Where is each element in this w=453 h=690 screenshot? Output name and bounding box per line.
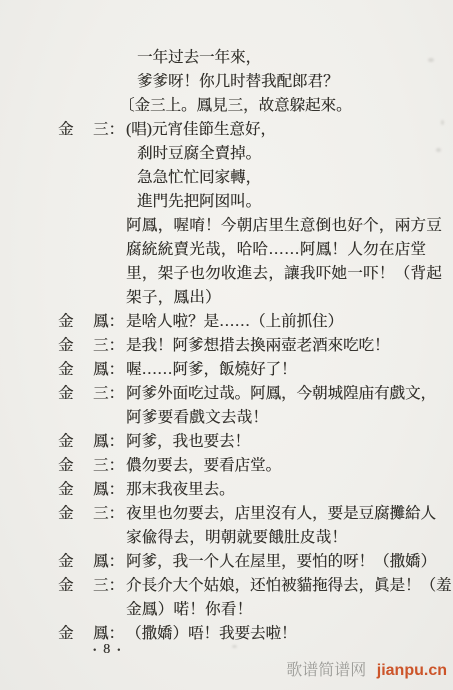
scan-artifact (441, 120, 444, 125)
script-line: 金鳳： （撒嬌）唔！我要去啦！ (0, 622, 453, 646)
script-line: 金三： 夜里也勿要去，店里沒有人，要是豆腐攤給人 (0, 502, 453, 526)
watermark: 歌谱简谱网 jianpu.cn (286, 660, 447, 682)
speaker-name: 金鳳： (58, 310, 124, 334)
dialogue-text: 架子，鳳出） (126, 289, 221, 306)
script-line: 家偸得去，明朝就要餓肚皮哉！ (0, 526, 453, 550)
speaker-name: 金三： (58, 502, 124, 526)
dialogue-text: 是我！阿爹想措去換兩壺老酒來吃吃！ (126, 337, 390, 354)
stage-text: 〔金三上。鳳見三，故意躱起來。 (119, 97, 352, 114)
dialogue-text: 介長介大个姑娘，还怕被貓拖得去，眞是！（羞 (126, 577, 452, 594)
script-text-block: 一年过去一年來， 爹爹呀！你几时替我配郎君？ 〔金三上。鳳見三，故意躱起來。 金… (0, 46, 453, 646)
scan-artifact (300, 248, 304, 251)
scanned-script-page: 一年过去一年來， 爹爹呀！你几时替我配郎君？ 〔金三上。鳳見三，故意躱起來。 金… (0, 0, 453, 690)
page-number-left-dot: • (93, 640, 96, 660)
speaker-name: 金三： (58, 334, 124, 358)
dialogue-text: 阿爹要看戲文去哉！ (126, 409, 268, 426)
speaker-name: 金三： (58, 454, 124, 478)
speaker-name: 金鳳： (58, 358, 124, 382)
script-line: 金三： 阿爹外面吃过哉。阿鳳，今朝城隍庙有戲文， (0, 382, 453, 406)
script-line: 金鳳）喏！你看！ (0, 598, 453, 622)
script-line: 金三： 介長介大个姑娘，还怕被貓拖得去，眞是！（羞 (0, 574, 453, 598)
script-line: 刹时豆腐全賣掉。 (0, 142, 453, 166)
scan-artifact (232, 645, 237, 648)
verse-text: 急急忙忙囘家轉， (137, 169, 261, 186)
site-url: jianpu.cn (377, 662, 447, 679)
dialogue-text: 阿爹，我一个人在屋里，要怕的呀！（撒嬌） (126, 553, 436, 570)
script-line: 金鳳： 喔……阿爹，飯燒好了！ (0, 358, 453, 382)
script-line: 金鳳： 阿爹，我一个人在屋里，要怕的呀！（撒嬌） (0, 550, 453, 574)
script-line: 里，架子也勿收進去，讓我吓她一吓！（背起 (0, 262, 453, 286)
script-line: 一年过去一年來， (0, 46, 453, 70)
dialogue-text: 那末我夜里去。 (126, 481, 235, 498)
speaker-name: 金鳳： (58, 478, 124, 502)
page-number-right-dot: • (117, 640, 120, 660)
script-line: 架子，鳳出） (0, 286, 453, 310)
script-line: 金三： 是我！阿爹想措去換兩壺老酒來吃吃！ (0, 334, 453, 358)
verse-text: 刹时豆腐全賣掉。 (137, 145, 261, 162)
dialogue-text: 阿鳳，喔唷！今朝店里生意倒也好个，兩方豆 (126, 217, 442, 234)
verse-text: 進門先把阿囡叫。 (137, 193, 261, 210)
dialogue-text: 里，架子也勿收進去，讓我吓她一吓！（背起 (126, 265, 442, 282)
dialogue-text: 阿爹外面吃过哉。阿鳳，今朝城隍庙有戲文， (126, 385, 436, 402)
script-line: 急急忙忙囘家轉， (0, 166, 453, 190)
dialogue-text: 儂勿要去，要看店堂。 (126, 457, 281, 474)
speaker-name: 金三： (58, 118, 124, 142)
dialogue-text: 腐統統賣光哉，哈哈……阿鳳！人勿在店堂 (126, 241, 426, 258)
speaker-name: 金鳳： (58, 430, 124, 454)
script-line: 金鳳： 那末我夜里去。 (0, 478, 453, 502)
dialogue-text: 家偸得去，明朝就要餓肚皮哉！ (126, 529, 347, 546)
stage-direction: 〔金三上。鳳見三，故意躱起來。 (0, 94, 453, 118)
verse-text: 爹爹呀！你几时替我配郎君？ (137, 73, 339, 90)
script-line: 進門先把阿囡叫。 (0, 190, 453, 214)
dialogue-text: 阿爹，我也要去！ (126, 433, 250, 450)
dialogue-text: 金鳳）喏！你看！ (126, 601, 252, 618)
dialogue-text: 夜里也勿要去，店里沒有人，要是豆腐攤給人 (126, 505, 436, 522)
page-number-value: 8 (103, 640, 110, 660)
script-line: 爹爹呀！你几时替我配郎君？ (0, 70, 453, 94)
verse-text: 一年过去一年來， (137, 49, 261, 66)
speaker-name: 金三： (58, 382, 124, 406)
script-line: 金三： 儂勿要去，要看店堂。 (0, 454, 453, 478)
site-name: 歌谱简谱网 (286, 662, 366, 679)
dialogue-text: 是啥人啦？是……（上前抓住） (126, 313, 343, 330)
scan-artifact (436, 148, 441, 152)
script-line: 金鳳： 阿爹，我也要去！ (0, 430, 453, 454)
script-line: 金鳳： 是啥人啦？是……（上前抓住） (0, 310, 453, 334)
speaker-name: 金三： (58, 574, 124, 598)
script-line: 阿鳳，喔唷！今朝店里生意倒也好个，兩方豆 (0, 214, 453, 238)
speaker-name: 金鳳： (58, 550, 124, 574)
dialogue-text: 喔……阿爹，飯燒好了！ (126, 361, 297, 378)
dialogue-text: (唱)元宵佳節生意好， (126, 121, 276, 138)
page-number: • 8 • (93, 640, 120, 660)
dialogue-text: （撒嬌）唔！我要去啦！ (126, 625, 297, 642)
script-line: 金三： (唱)元宵佳節生意好， (0, 118, 453, 142)
script-line: 腐統統賣光哉，哈哈……阿鳳！人勿在店堂 (0, 238, 453, 262)
scan-artifact (428, 58, 434, 62)
script-line: 阿爹要看戲文去哉！ (0, 406, 453, 430)
